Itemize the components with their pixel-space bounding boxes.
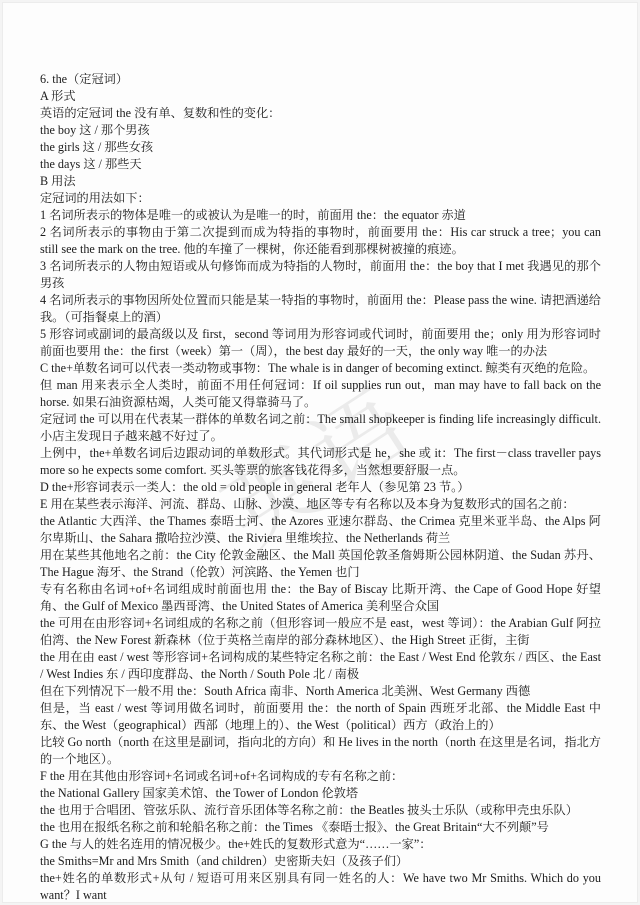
text-paragraph: 定冠词 the 可以用在代表某一群体的单数名词之前：The small shop…: [40, 411, 601, 445]
text-paragraph: F the 用在其他由形容词+名词或名词+of+名词构成的专有名称之前：: [40, 768, 601, 785]
text-paragraph: 比较 Go north（north 在这里是副词，指向北的方向）和 He liv…: [40, 734, 601, 768]
text-paragraph: the days 这 / 那些天: [40, 156, 601, 173]
text-paragraph: 2 名词所表示的事物由于第二次提到而成为特指的事物时，前面要用 the：His …: [40, 224, 601, 258]
document-body: 6. the（定冠词） A 形式 英语的定冠词 the 没有单、复数和性的变化：…: [40, 71, 601, 904]
text-paragraph: 3 名词所表示的人物由短语或从句修饰而成为特指的人物时，前面用 the：the …: [40, 258, 601, 292]
text-paragraph: 定冠词的用法如下：: [40, 190, 601, 207]
text-paragraph: the 也用在报纸名称之前和轮船名称之前：the Times 《泰晤士报》、th…: [40, 819, 601, 836]
text-paragraph: 专有名称由名词+of+名词组成时前面也用 the：the Bay of Bisc…: [40, 581, 601, 615]
text-paragraph: the boy 这 / 那个男孩: [40, 122, 601, 139]
text-paragraph: 上例中，the+单数名词后边跟动词的单数形式。其代词形式是 he，she 或 i…: [40, 445, 601, 479]
text-paragraph: the 也用于合唱团、管弦乐队、流行音乐团体等名称之前：the Beatles …: [40, 802, 601, 819]
text-paragraph: 1 名词所表示的物体是唯一的或被认为是唯一的时，前面用 the：the equa…: [40, 207, 601, 224]
section-title: 6. the（定冠词）: [40, 71, 601, 88]
text-paragraph: 但在下列情况下一般不用 the：South Africa 南非、North Am…: [40, 683, 601, 700]
text-paragraph: D the+形容词表示一类人：the old = old people in g…: [40, 479, 601, 496]
text-paragraph: 用在某些其他地名之前：the City 伦敦金融区、the Mall 英国伦敦圣…: [40, 547, 601, 581]
text-paragraph: 5 形容词或副词的最高级以及 first，second 等词用为形容词或代词时，…: [40, 326, 601, 360]
text-paragraph: A 形式: [40, 88, 601, 105]
text-paragraph: the Smiths=Mr and Mrs Smith（and children…: [40, 853, 601, 870]
text-paragraph: B 用法: [40, 173, 601, 190]
text-paragraph: E 用在某些表示海洋、河流、群岛、山脉、沙漠、地区等专有名称以及本身为复数形式的…: [40, 496, 601, 513]
text-paragraph: the 用在由 east / west 等形容词+名词构成的某些特定名称之前：t…: [40, 649, 601, 683]
text-paragraph: C the+单数名词可以代表一类动物或事物：The whale is in da…: [40, 360, 601, 377]
text-paragraph: 但是，当 east / west 等词用做名词时，前面要用 the：the no…: [40, 700, 601, 734]
text-paragraph: G the 与人的姓名连用的情况极少。the+姓氏的复数形式意为“……一家”：: [40, 836, 601, 853]
text-paragraph: 4 名词所表示的事物因所处位置而只能是某一特指的事物时，前面用 the：Plea…: [40, 292, 601, 326]
text-paragraph: the 可用在由形容词+名词组成的名称之前（但形容词一般应不是 east，wes…: [40, 615, 601, 649]
text-paragraph: the Atlantic 大西洋、the Thames 泰晤士河、the Azo…: [40, 513, 601, 547]
text-paragraph: the National Gallery 国家美术馆、the Tower of …: [40, 785, 601, 802]
text-paragraph: the+姓名的单数形式+从句 / 短语可用来区别具有同一姓名的人：We have…: [40, 870, 601, 904]
text-paragraph: 但 man 用来表示全人类时，前面不用任何冠词：If oil supplies …: [40, 377, 601, 411]
text-paragraph: 英语的定冠词 the 没有单、复数和性的变化：: [40, 105, 601, 122]
text-paragraph: the girls 这 / 那些女孩: [40, 139, 601, 156]
document-page: 英语 6. the（定冠词） A 形式 英语的定冠词 the 没有单、复数和性的…: [2, 2, 638, 903]
